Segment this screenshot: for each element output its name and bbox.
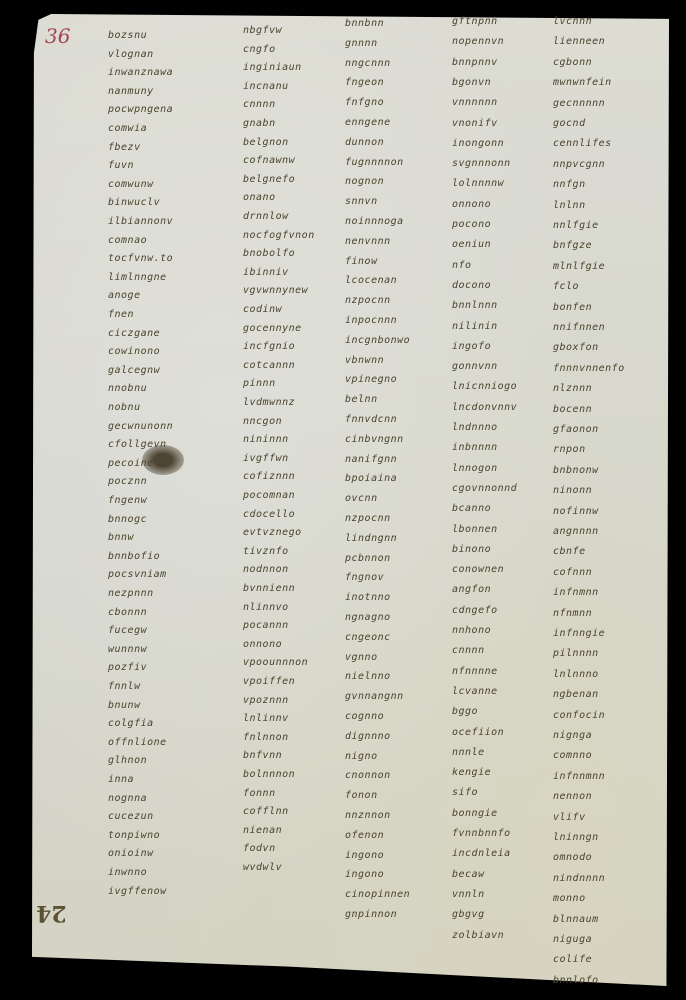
word-entry: colife bbox=[553, 954, 592, 965]
word-entry: nanmuny bbox=[108, 86, 154, 97]
word-entry: binono bbox=[452, 544, 491, 555]
word-entry: becaw bbox=[452, 869, 485, 880]
word-entry: vpoounnnon bbox=[243, 657, 308, 668]
word-entry: fucegw bbox=[108, 625, 147, 636]
word-entry: vpoznnn bbox=[243, 695, 289, 706]
word-entry: onnono bbox=[452, 199, 491, 210]
word-entry: fnlnnon bbox=[243, 732, 289, 743]
word-entry: drnnlow bbox=[243, 211, 289, 222]
word-entry: belgnefo bbox=[243, 174, 295, 185]
word-entry: pocannn bbox=[243, 620, 289, 631]
word-entry: incdnleia bbox=[452, 848, 511, 859]
word-entry: nobnu bbox=[108, 402, 141, 413]
word-entry: offnlione bbox=[108, 737, 167, 748]
word-entry: cofnawnw bbox=[243, 155, 295, 166]
word-entry: fngnov bbox=[345, 572, 384, 583]
word-entry: pinnn bbox=[243, 378, 276, 389]
word-entry: fnnnvnnenfo bbox=[553, 363, 625, 374]
word-entry: rnpon bbox=[553, 444, 586, 455]
word-entry: ingono bbox=[345, 850, 384, 861]
word-entry: ingofo bbox=[452, 341, 491, 352]
word-entry: ngnagno bbox=[345, 612, 391, 623]
word-entry: lnlinnv bbox=[243, 713, 289, 724]
word-entry: noinnnoga bbox=[345, 216, 404, 227]
word-entry: evtvznego bbox=[243, 527, 302, 538]
word-entry: wvdwlv bbox=[243, 862, 282, 873]
word-entry: inna bbox=[108, 774, 134, 785]
word-entry: gnpinnon bbox=[345, 909, 397, 920]
word-entry: bolnnnon bbox=[243, 769, 295, 780]
word-entry: bgonvn bbox=[452, 77, 491, 88]
word-entry: ninonn bbox=[553, 485, 592, 496]
word-entry: nognna bbox=[108, 793, 147, 804]
word-entry: onioinw bbox=[108, 848, 154, 859]
word-entry: bnnpnnv bbox=[452, 57, 498, 68]
word-entry: cngfo bbox=[243, 44, 276, 55]
word-entry: cbnfe bbox=[553, 546, 586, 557]
word-entry: binwuclv bbox=[108, 197, 160, 208]
word-entry: vpinegno bbox=[345, 374, 397, 385]
word-entry: finow bbox=[345, 256, 378, 267]
word-entry: fuvn bbox=[108, 160, 134, 171]
word-entry: nilinin bbox=[452, 321, 498, 332]
word-entry: confocin bbox=[553, 710, 605, 721]
word-entry: nennon bbox=[553, 791, 592, 802]
word-entry: fngeon bbox=[345, 77, 384, 88]
word-entry: galcegnw bbox=[108, 365, 160, 376]
word-entry: inwanznawa bbox=[108, 67, 173, 78]
word-entry: gftnpnn bbox=[452, 16, 498, 27]
word-entry: cnnnn bbox=[243, 99, 276, 110]
word-entry: cofiznnn bbox=[243, 471, 295, 482]
word-entry: fnen bbox=[108, 309, 134, 320]
word-entry: bnnlnnn bbox=[452, 300, 498, 311]
word-entry: ofenon bbox=[345, 830, 384, 841]
word-entry: fnfgno bbox=[345, 97, 384, 108]
word-entry: lindngnn bbox=[345, 533, 397, 544]
word-entry: nlinnvo bbox=[243, 602, 289, 613]
word-entry: docono bbox=[452, 280, 491, 291]
word-entry: gnnnn bbox=[345, 38, 378, 49]
word-entry: vbnwnn bbox=[345, 355, 384, 366]
word-entry: bnobolfo bbox=[243, 248, 295, 259]
word-entry: pocsvniam bbox=[108, 569, 167, 580]
word-entry: inongonn bbox=[452, 138, 504, 149]
word-entry: nnifnnen bbox=[553, 322, 605, 333]
word-entry: glhnon bbox=[108, 755, 147, 766]
folio-number-top: 36 bbox=[45, 24, 70, 48]
word-entry: tivznfo bbox=[243, 546, 289, 557]
word-entry: ivgffwn bbox=[243, 453, 289, 464]
word-entry: cotcannn bbox=[243, 360, 295, 371]
word-entry: cennlifes bbox=[553, 138, 612, 149]
word-entry: cnonnon bbox=[345, 770, 391, 781]
word-entry: vnnnnnn bbox=[452, 97, 498, 108]
word-entry: infnnmnn bbox=[553, 771, 605, 782]
word-entry: fnnvdcnn bbox=[345, 414, 397, 425]
word-entry: lninngn bbox=[553, 832, 599, 843]
word-entry: gocnd bbox=[553, 118, 586, 129]
word-entry: fonnn bbox=[243, 788, 276, 799]
word-entry: gfaonon bbox=[553, 424, 599, 435]
word-entry: ibinniv bbox=[243, 267, 289, 278]
word-entry: ivgffenow bbox=[108, 886, 167, 897]
word-entry: nnfgn bbox=[553, 179, 586, 190]
word-entry: fonon bbox=[345, 790, 378, 801]
word-entry: omnodo bbox=[553, 852, 592, 863]
word-entry: bpoiaina bbox=[345, 473, 397, 484]
word-entry: pocono bbox=[452, 219, 491, 230]
word-entry: vgvwnnynew bbox=[243, 285, 308, 296]
word-entry: cgbonn bbox=[553, 57, 592, 68]
word-entry: belnn bbox=[345, 394, 378, 405]
word-entry: lnlnn bbox=[553, 200, 586, 211]
word-entry: lncdonvnnv bbox=[452, 402, 517, 413]
word-entry: fvnnbnnfo bbox=[452, 828, 511, 839]
word-entry: fngenw bbox=[108, 495, 147, 506]
word-entry: fclo bbox=[553, 281, 579, 292]
word-entry: nlznnn bbox=[553, 383, 592, 394]
word-entry: pcbnnon bbox=[345, 553, 391, 564]
word-entry: nienan bbox=[243, 825, 282, 836]
word-entry: bnnw bbox=[108, 532, 134, 543]
word-entry: bozsnu bbox=[108, 30, 147, 41]
word-entry: pecoine bbox=[108, 458, 154, 469]
word-entry: comwunw bbox=[108, 179, 154, 190]
word-entry: pilnnnn bbox=[553, 648, 599, 659]
word-entry: svgnnnonn bbox=[452, 158, 511, 169]
word-entry: gbgvg bbox=[452, 909, 485, 920]
word-entry: cdngefo bbox=[452, 605, 498, 616]
word-entry: bvnnienn bbox=[243, 583, 295, 594]
word-entry: gnabn bbox=[243, 118, 276, 129]
word-entry: bnfgze bbox=[553, 240, 592, 251]
word-entry: lbonnen bbox=[452, 524, 498, 535]
word-entry: nofinnw bbox=[553, 506, 599, 517]
word-entry: nzpocnn bbox=[345, 295, 391, 306]
word-entry: ilbiannonv bbox=[108, 216, 173, 227]
word-entry: onnono bbox=[243, 639, 282, 650]
word-entry: infnmnn bbox=[553, 587, 599, 598]
word-entry: lienneen bbox=[553, 36, 605, 47]
word-entry: cofnnn bbox=[553, 567, 592, 578]
word-entry: nnnle bbox=[452, 747, 485, 758]
word-entry: lcvanne bbox=[452, 686, 498, 697]
word-entry: lcocenan bbox=[345, 275, 397, 286]
word-entry: incnanu bbox=[243, 81, 289, 92]
word-entry: bggo bbox=[452, 706, 478, 717]
word-entry: vlognan bbox=[108, 49, 154, 60]
word-entry: nnpvcgnn bbox=[553, 159, 605, 170]
word-entry: fugnnnnon bbox=[345, 157, 404, 168]
word-entry: anoge bbox=[108, 290, 141, 301]
word-entry: nininnn bbox=[243, 434, 289, 445]
word-entry: pocznn bbox=[108, 476, 147, 487]
word-entry: bonfen bbox=[553, 302, 592, 313]
word-entry: incfgnio bbox=[243, 341, 295, 352]
word-entry: cnnnn bbox=[452, 645, 485, 656]
word-entry: cfollgevn bbox=[108, 439, 167, 450]
word-entry: nopennvn bbox=[452, 36, 504, 47]
word-entry: monno bbox=[553, 893, 586, 904]
word-entry: wunnnw bbox=[108, 644, 147, 655]
word-entry: pocomnan bbox=[243, 490, 295, 501]
word-entry: cucezun bbox=[108, 811, 154, 822]
word-entry: ocefiion bbox=[452, 727, 504, 738]
word-entry: nfnnnne bbox=[452, 666, 498, 677]
word-entry: colgfia bbox=[108, 718, 154, 729]
word-entry: inbnnnn bbox=[452, 442, 498, 453]
word-entry: ngbenan bbox=[553, 689, 599, 700]
word-entry: lnlnnno bbox=[553, 669, 599, 680]
word-entry: niguga bbox=[553, 934, 592, 945]
word-entry: onano bbox=[243, 192, 276, 203]
word-entry: lvcnnn bbox=[553, 16, 592, 27]
word-entry: vnnln bbox=[452, 889, 485, 900]
word-entry: comnno bbox=[553, 750, 592, 761]
word-entry: lnicnniogo bbox=[452, 381, 517, 392]
word-entry: nnlfgie bbox=[553, 220, 599, 231]
word-entry: nigno bbox=[345, 751, 378, 762]
word-entry: bocenn bbox=[553, 404, 592, 415]
word-entry: tonpiwno bbox=[108, 830, 160, 841]
word-entry: nfnmnn bbox=[553, 608, 592, 619]
word-entry: nodnnon bbox=[243, 564, 289, 575]
word-entry: bnfvnn bbox=[243, 750, 282, 761]
word-entry: nezpnnn bbox=[108, 588, 154, 599]
word-entry: angfon bbox=[452, 584, 491, 595]
word-entry: inwnno bbox=[108, 867, 147, 878]
word-entry: comnao bbox=[108, 235, 147, 246]
word-entry: bnnogc bbox=[108, 514, 147, 525]
word-entry: gecnnnnn bbox=[553, 98, 605, 109]
word-entry: nocfogfvnon bbox=[243, 230, 315, 241]
word-entry: bnnlofo bbox=[553, 975, 599, 986]
word-entry: mwnwnfein bbox=[553, 77, 612, 88]
word-entry: lvdmwnnz bbox=[243, 397, 295, 408]
word-entry: bnunw bbox=[108, 700, 141, 711]
word-entry: fnnlw bbox=[108, 681, 141, 692]
word-entry: lndnnno bbox=[452, 422, 498, 433]
word-entry: cngeonc bbox=[345, 632, 391, 643]
word-entry: infnngie bbox=[553, 628, 605, 639]
word-entry: incgnbonwo bbox=[345, 335, 410, 346]
word-entry: nncgon bbox=[243, 416, 282, 427]
word-entry: gecwnunonn bbox=[108, 421, 173, 432]
word-entry: nenvnnn bbox=[345, 236, 391, 247]
word-entry: bnnbnn bbox=[345, 18, 384, 29]
word-entry: bonngie bbox=[452, 808, 498, 819]
word-entry: cdocello bbox=[243, 509, 295, 520]
word-entry: fodvn bbox=[243, 843, 276, 854]
word-entry: lolnnnnw bbox=[452, 178, 504, 189]
word-entry: inotnno bbox=[345, 592, 391, 603]
word-entry: dignnno bbox=[345, 731, 391, 742]
word-entry: nbgfvw bbox=[243, 25, 282, 36]
word-entry: gboxfon bbox=[553, 342, 599, 353]
word-entry: nnznnon bbox=[345, 810, 391, 821]
word-entry: cofflnn bbox=[243, 806, 289, 817]
word-entry: gvnnangnn bbox=[345, 691, 404, 702]
word-entry: nnhono bbox=[452, 625, 491, 636]
word-entry: nfo bbox=[452, 260, 472, 271]
word-entry: inginiaun bbox=[243, 62, 302, 73]
word-entry: pocwpngena bbox=[108, 104, 173, 115]
word-entry: tocfvnw.to bbox=[108, 253, 173, 264]
word-entry: lnnogon bbox=[452, 463, 498, 474]
word-entry: bcanno bbox=[452, 503, 491, 514]
word-entry: cowinono bbox=[108, 346, 160, 357]
word-entry: angnnnn bbox=[553, 526, 599, 537]
word-entry: cinopinnen bbox=[345, 889, 410, 900]
word-entry: nignga bbox=[553, 730, 592, 741]
word-entry: comwia bbox=[108, 123, 147, 134]
word-entry: nielnno bbox=[345, 671, 391, 682]
word-entry: gocennyne bbox=[243, 323, 302, 334]
word-entry: nindnnnn bbox=[553, 873, 605, 884]
word-entry: nanifgnn bbox=[345, 454, 397, 465]
word-entry: cgovnnonnd bbox=[452, 483, 517, 494]
folio-number-bottom: 24 bbox=[36, 900, 67, 926]
word-entry: oeniun bbox=[452, 239, 491, 250]
word-entry: conownen bbox=[452, 564, 504, 575]
word-entry: ingono bbox=[345, 869, 384, 880]
word-entry: belgnon bbox=[243, 137, 289, 148]
word-entry: vgnno bbox=[345, 652, 378, 663]
word-entry: nnobnu bbox=[108, 383, 147, 394]
word-entry: fbezv bbox=[108, 142, 141, 153]
word-entry: vlifv bbox=[553, 812, 586, 823]
word-entry: pozfiv bbox=[108, 662, 147, 673]
word-entry: inpocnnn bbox=[345, 315, 397, 326]
word-entry: codinw bbox=[243, 304, 282, 315]
word-entry: nzpocnn bbox=[345, 513, 391, 524]
word-entry: vpoiffen bbox=[243, 676, 295, 687]
word-entry: cognno bbox=[345, 711, 384, 722]
word-entry: blnnaum bbox=[553, 914, 599, 925]
word-entry: limlnngne bbox=[108, 272, 167, 283]
word-entry: enngene bbox=[345, 117, 391, 128]
word-entry: zolbiavn bbox=[452, 930, 504, 941]
word-entry: snnvn bbox=[345, 196, 378, 207]
word-entry: mlnlfgie bbox=[553, 261, 605, 272]
word-entry: bnnbofio bbox=[108, 551, 160, 562]
word-entry: ciczgane bbox=[108, 328, 160, 339]
word-entry: sifo bbox=[452, 787, 478, 798]
word-entry: gonnvnn bbox=[452, 361, 498, 372]
word-entry: cbonnn bbox=[108, 607, 147, 618]
word-entry: vnonifv bbox=[452, 118, 498, 129]
word-entry: ovcnn bbox=[345, 493, 378, 504]
word-entry: nognon bbox=[345, 176, 384, 187]
word-entry: bnbnonw bbox=[553, 465, 599, 476]
word-entry: dunnon bbox=[345, 137, 384, 148]
word-entry: cinbvngnn bbox=[345, 434, 404, 445]
word-entry: nngcnnn bbox=[345, 58, 391, 69]
word-entry: kengie bbox=[452, 767, 491, 778]
